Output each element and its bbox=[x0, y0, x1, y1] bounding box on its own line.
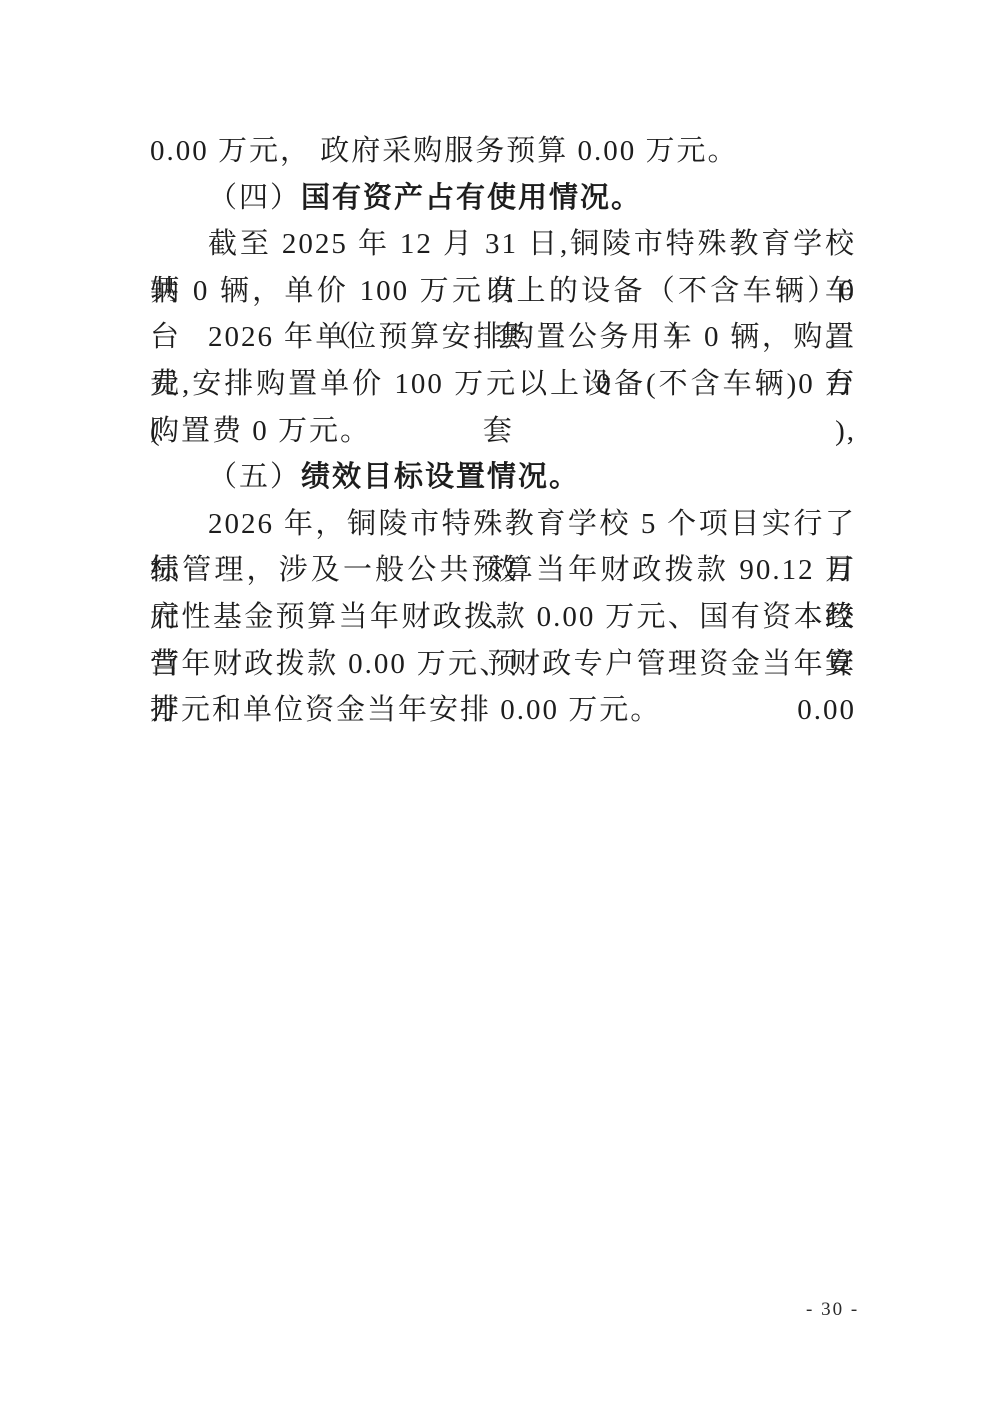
text-line: 府性基金预算当年财政拨款 0.00 万元、国有资本经营预算 bbox=[150, 594, 856, 641]
text-line-intro: 0.00 万元， 政府采购服务预算 0.00 万元。 bbox=[150, 128, 856, 175]
document-page: 0.00 万元， 政府采购服务预算 0.00 万元。 （四）国有资产占有使用情况… bbox=[0, 0, 1000, 1414]
text-line: 截至 2025 年 12 月 31 日,铜陵市特殊教育学校共有车 bbox=[150, 221, 856, 268]
text-line: 元,安排购置单价 100 万元以上设备(不含车辆)0 台(套), bbox=[150, 361, 856, 408]
page-number: - 30 - bbox=[806, 1297, 859, 1323]
section-heading-4-number: （四） bbox=[208, 182, 301, 214]
text-line: 辆 0 辆，单价 100 万元以上的设备（不含车辆）0 台（套）。 bbox=[150, 268, 856, 315]
document-body: 0.00 万元， 政府采购服务预算 0.00 万元。 （四）国有资产占有使用情况… bbox=[150, 128, 856, 734]
section-heading-5: （五）绩效目标设置情况。 bbox=[150, 454, 856, 501]
section-heading-4-title: 国有资产占有使用情况。 bbox=[301, 182, 642, 214]
section-heading-4: （四）国有资产占有使用情况。 bbox=[150, 175, 856, 222]
section-heading-5-number: （五） bbox=[208, 461, 301, 493]
text-line: 2026 年单位预算安排购置公务用车 0 辆，购置费 0 万 bbox=[150, 314, 856, 361]
text-line: 当年财政拨款 0.00 万元、财政专户管理资金当年安排 0.00 bbox=[150, 641, 856, 688]
section-heading-5-title: 绩效目标设置情况。 bbox=[301, 461, 580, 493]
text-line: 2026 年，铜陵市特殊教育学校 5 个项目实行了绩效目 bbox=[150, 501, 856, 548]
text-line: 标管理，涉及一般公共预算当年财政拨款 90.12 万元、政 bbox=[150, 547, 856, 594]
